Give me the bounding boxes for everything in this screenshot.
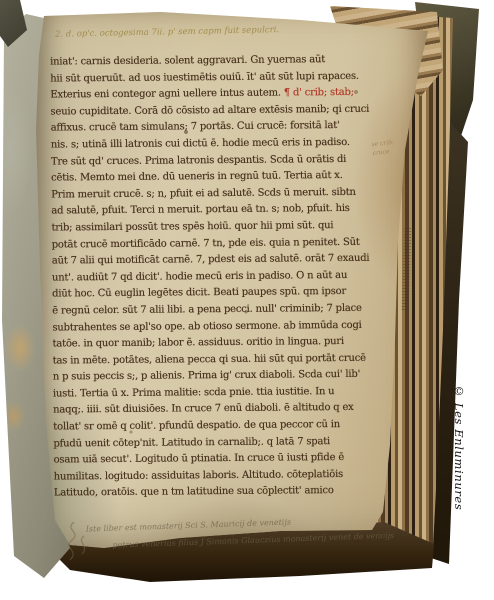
rubric-red-text: ¶ d' crib; stab; bbox=[284, 87, 354, 99]
manuscript-photo: 2. d. op'c. octogesima 7ii. p' sem capm … bbox=[0, 0, 494, 600]
manuscript-text: iniat': carnis desideria. solent aggrava… bbox=[50, 53, 402, 504]
manuscript-line: Latitudo, oratōis. que n tm latitudine s… bbox=[54, 485, 402, 505]
copyright-watermark: © Les Enluminures bbox=[452, 384, 466, 570]
